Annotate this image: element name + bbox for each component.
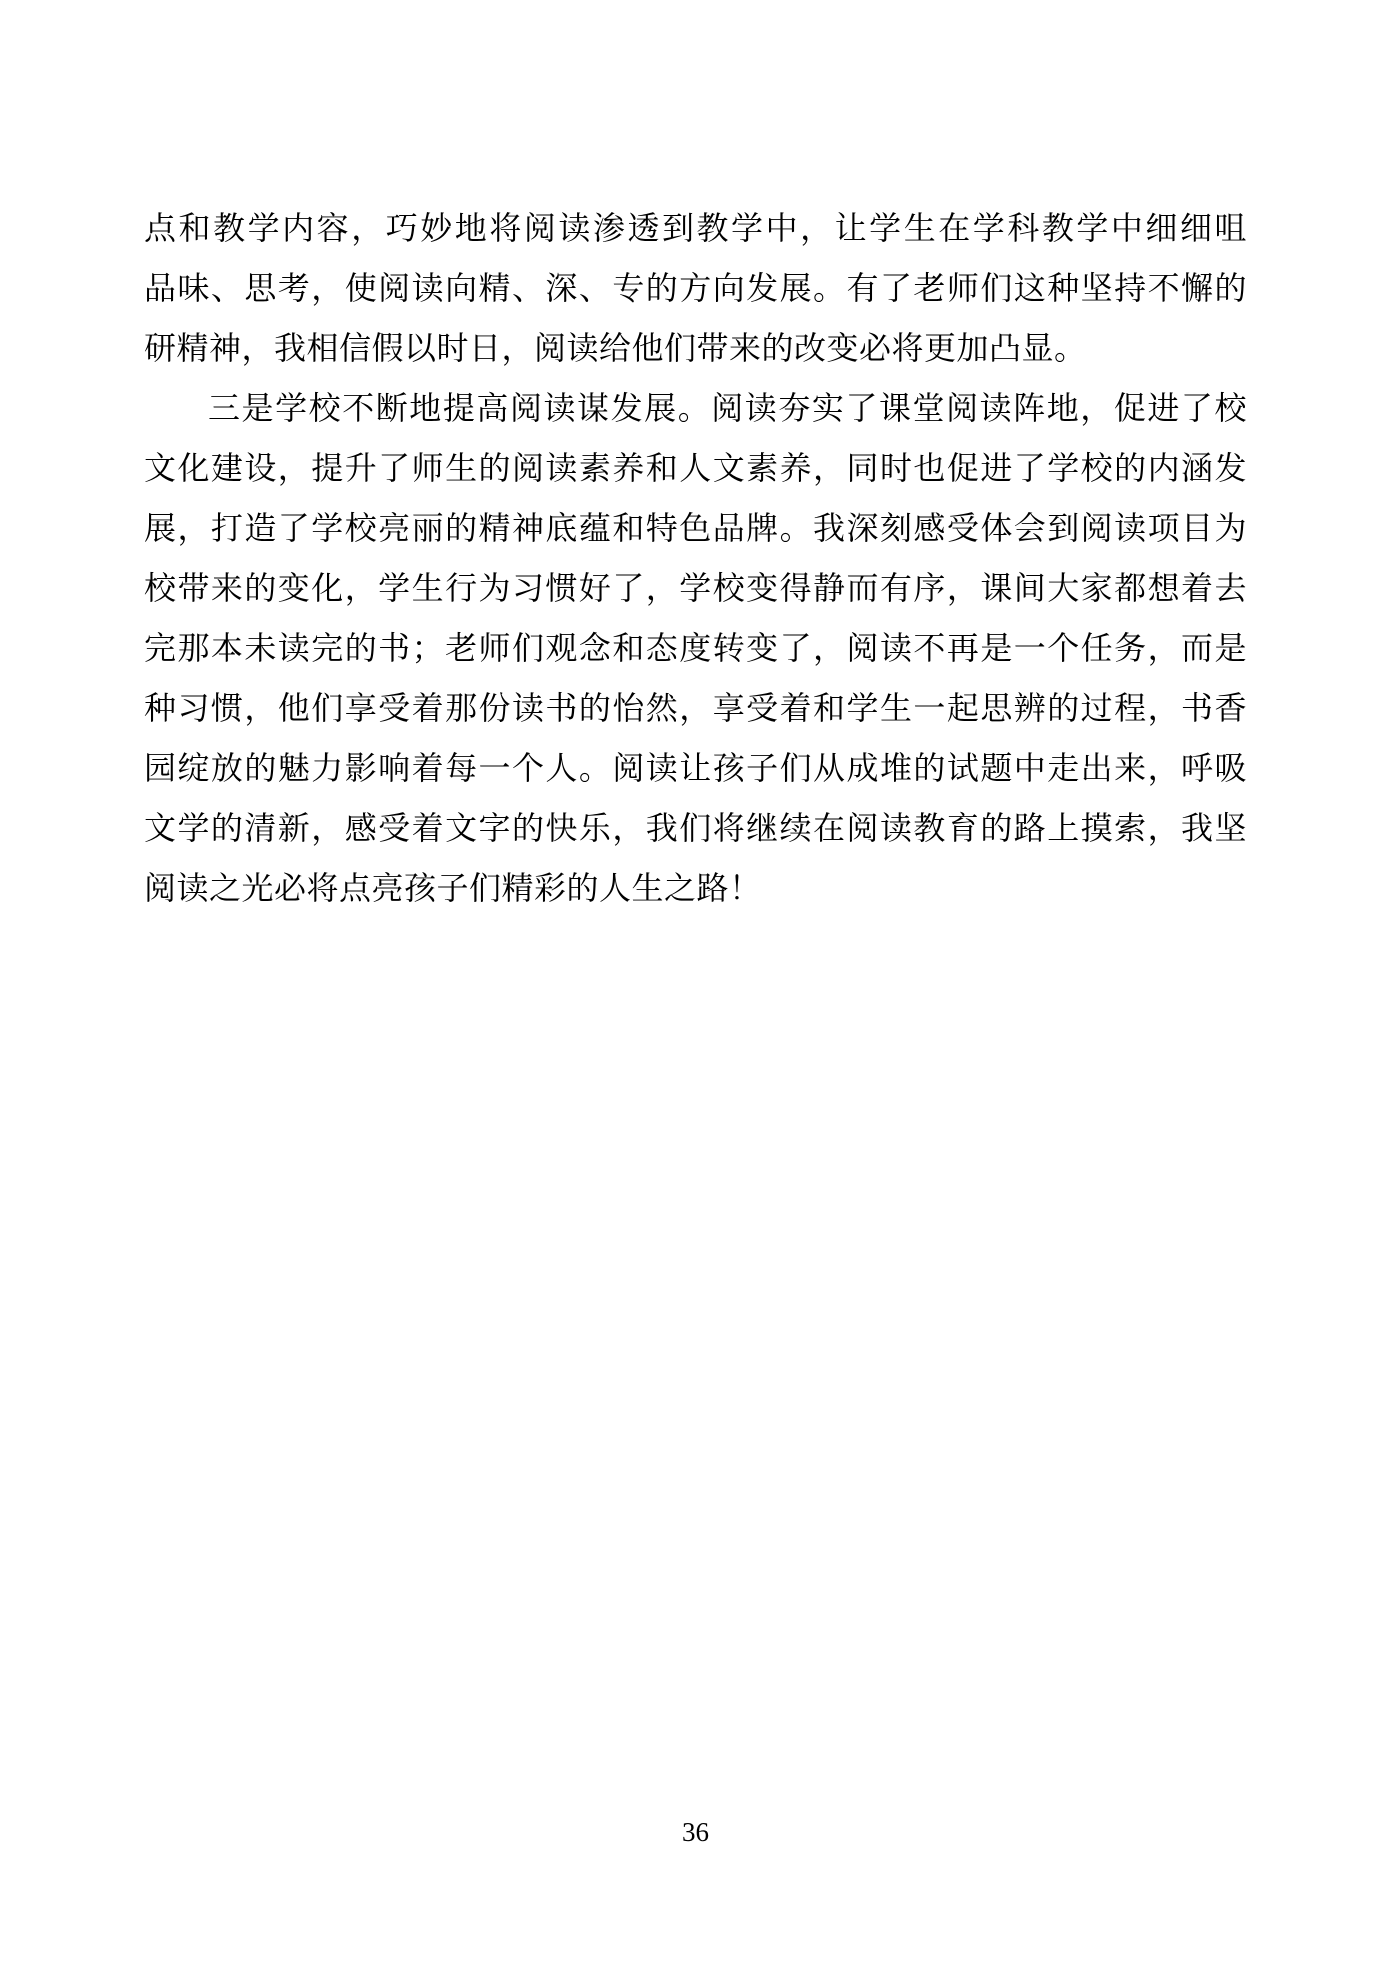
paragraph-1: 点和教学内容，巧妙地将阅读渗透到教学中，让学生在学科教学中细细咀嚼、 品味、思考… bbox=[144, 198, 1247, 378]
document-page: 点和教学内容，巧妙地将阅读渗透到教学中，让学生在学科教学中细细咀嚼、 品味、思考… bbox=[0, 0, 1391, 1965]
body-text: 点和教学内容，巧妙地将阅读渗透到教学中，让学生在学科教学中细细咀嚼、 品味、思考… bbox=[144, 198, 1247, 918]
text-line: 种习惯，他们享受着那份读书的怡然，享受着和学生一起思辨的过程，书香校 bbox=[144, 678, 1247, 738]
text-line: 阅读之光必将点亮孩子们精彩的人生之路！ bbox=[144, 858, 1247, 918]
text-line: 三是学校不断地提高阅读谋发展。阅读夯实了课堂阅读阵地，促进了校园 bbox=[144, 378, 1247, 438]
text-line: 展，打造了学校亮丽的精神底蕴和特色品牌。我深刻感受体会到阅读项目为学 bbox=[144, 498, 1247, 558]
text-line: 园绽放的魅力影响着每一个人。阅读让孩子们从成堆的试题中走出来，呼吸着 bbox=[144, 738, 1247, 798]
text-line: 品味、思考，使阅读向精、深、专的方向发展。有了老师们这种坚持不懈的钻 bbox=[144, 258, 1247, 318]
paragraph-2: 三是学校不断地提高阅读谋发展。阅读夯实了课堂阅读阵地，促进了校园 文化建设，提升… bbox=[144, 378, 1247, 918]
text-line: 校带来的变化，学生行为习惯好了，学校变得静而有序，课间大家都想着去读 bbox=[144, 558, 1247, 618]
text-line: 点和教学内容，巧妙地将阅读渗透到教学中，让学生在学科教学中细细咀嚼、 bbox=[144, 198, 1247, 258]
text-line: 文学的清新，感受着文字的快乐，我们将继续在阅读教育的路上摸索，我坚信 bbox=[144, 798, 1247, 858]
text-line: 研精神，我相信假以时日，阅读给他们带来的改变必将更加凸显。 bbox=[144, 318, 1247, 378]
page-number: 36 bbox=[0, 1816, 1391, 1848]
text-line: 文化建设，提升了师生的阅读素养和人文素养，同时也促进了学校的内涵发 bbox=[144, 438, 1247, 498]
text-line: 完那本未读完的书；老师们观念和态度转变了，阅读不再是一个任务，而是一 bbox=[144, 618, 1247, 678]
